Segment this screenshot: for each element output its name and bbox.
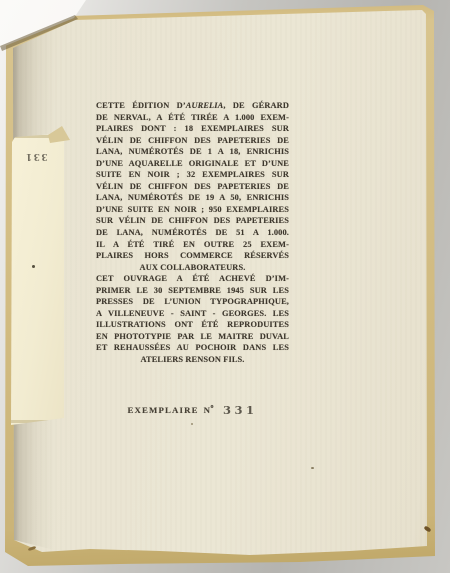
paper-speck	[191, 423, 193, 425]
colophon-line: PRESSES DE L’UNION TYPOGRAPHIQUE,	[96, 296, 289, 308]
colophon-line: LANA, NUMÉROTÉS DE 19 A 50, ENRICHIS	[96, 192, 289, 204]
colophon-line: CETTE ÉDITION D’AURELIA, DE GÉRARD	[96, 100, 289, 112]
colophon-line: CET OUVRAGE A ÉTÉ ACHEVÉ D’IM-	[96, 273, 289, 285]
colophon-line: DE NERVAL, A ÉTÉ TIRÉE A 1.000 EXEM-	[96, 112, 289, 124]
book-photo: 331 CETTE ÉDITION D’AURELIA, DE GÉRARDDE…	[0, 0, 450, 573]
colophon-line: ATELIERS RENSON FILS.	[96, 354, 289, 366]
colophon-line: LANA, NUMÉROTÉS DE 1 A 18, ENRICHIS	[96, 146, 289, 158]
colophon-line: PLAIRES HORS COMMERCE RÉSERVÉS	[96, 250, 289, 262]
colophon-line: VÉLIN DE CHIFFON DES PAPETERIES DE	[96, 181, 289, 193]
colophon-line: VÉLIN DE CHIFFON DES PAPETERIES DE	[96, 135, 289, 147]
colophon-line: A VILLENEUVE - SAINT - GEORGES. LES	[96, 308, 289, 320]
colophon-line: EN PHOTOTYPIE PAR LE MAITRE DUVAL	[96, 331, 289, 343]
colophon-line: AUX COLLABORATEURS.	[96, 262, 289, 274]
paper-speck	[32, 265, 35, 268]
exemplaire-number-stamp: 331	[223, 403, 258, 417]
colophon-line: D’UNE SUITE EN NOIR ; 950 EXEMPLAIRES	[96, 204, 289, 216]
colophon-text-block: CETTE ÉDITION D’AURELIA, DE GÉRARDDE NER…	[96, 100, 289, 366]
colophon-line: ILLUSTRATIONS ONT ÉTÉ REPRODUITES	[96, 319, 289, 331]
exemplaire-label: EXEMPLAIRE	[127, 405, 198, 415]
colophon-line: D’UNE AQUARELLE ORIGINALE ET D’UNE	[96, 158, 289, 170]
exemplaire-line: EXEMPLAIRENo331	[96, 400, 289, 418]
colophon-line: SUR VÉLIN DE CHIFFON DES PAPETERIES	[96, 215, 289, 227]
colophon-line: PLAIRES DONT : 18 EXEMPLAIRES SUR	[96, 123, 289, 135]
colophon-line: ET REHAUSSÉES AU POCHOIR DANS LES	[96, 342, 289, 354]
colophon-line: DE LANA, NUMÉROTÉS DE 51 A 1.000.	[96, 227, 289, 239]
tab-number-stamp: 331	[21, 149, 51, 162]
colophon-line: IL A ÉTÉ TIRÉ EN OUTRE 25 EXEM-	[96, 239, 289, 251]
colophon-line: PRIMER LE 30 SEPTEMBRE 1945 SUR LES	[96, 285, 289, 297]
colophon-line: SUITE EN NOIR ; 32 EXEMPLAIRES SUR	[96, 169, 289, 181]
paper-speck	[311, 467, 314, 469]
numero-abbrev: No	[204, 405, 214, 415]
tissue-guard-tab	[11, 133, 64, 425]
